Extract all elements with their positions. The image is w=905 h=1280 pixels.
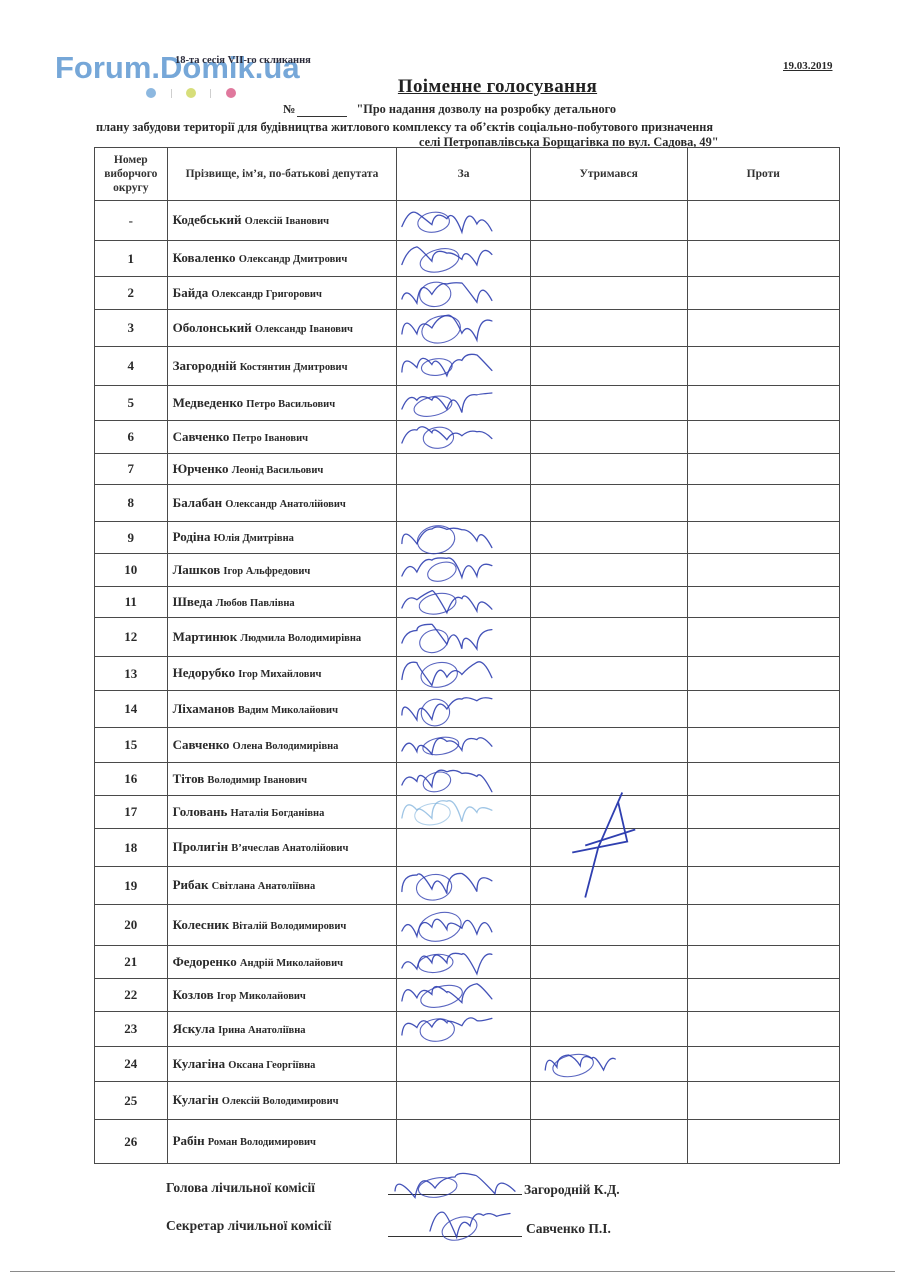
secretary-name: Савченко П.І. <box>526 1221 611 1237</box>
deputy-given-names: Ірина Анатоліївна <box>218 1025 305 1036</box>
vote-for-cell <box>397 386 530 421</box>
table-row: 25Кулагін Олексій Володимирович <box>95 1082 840 1120</box>
column-header-district: Номер виборчого округу <box>95 148 168 201</box>
vote-abstained-cell <box>530 277 687 310</box>
deputy-surname: Головань <box>173 804 228 819</box>
district-number: 19 <box>95 867 168 905</box>
table-row: 15Савченко Олена Володимирівна <box>95 728 840 763</box>
vote-abstained-cell <box>530 347 687 386</box>
document-title-text: Поіменне голосування <box>308 76 597 97</box>
deputy-given-names: Оксана Георгіївна <box>228 1060 315 1071</box>
deputy-name: Недорубко Ігор Михайлович <box>167 657 397 691</box>
deputy-name: Рабін Роман Володимирович <box>167 1120 397 1164</box>
deputy-name: Оболонський Олександр Іванович <box>167 310 397 347</box>
deputy-given-names: Олександр Анатолійович <box>225 499 346 510</box>
table-row: 16Тітов Володимир Іванович <box>95 763 840 796</box>
deputy-surname: Тітов <box>173 771 205 786</box>
vote-for-cell <box>397 728 530 763</box>
vote-abstained-cell <box>530 796 687 829</box>
vote-for-cell <box>397 347 530 386</box>
vote-abstained-cell <box>530 201 687 241</box>
table-row: 10Лашков Ігор Альфредович <box>95 554 840 587</box>
deputy-surname: Медведенко <box>173 395 244 410</box>
table-row: 7Юрченко Леонід Васильович <box>95 454 840 485</box>
vote-for-cell <box>397 241 530 277</box>
vote-for-cell <box>397 277 530 310</box>
vote-against-cell <box>687 386 839 421</box>
deputy-surname: Рибак <box>173 877 209 892</box>
vote-abstained-cell <box>530 386 687 421</box>
deputy-given-names: Петро Васильович <box>246 399 335 410</box>
deputy-name: Тітов Володимир Іванович <box>167 763 397 796</box>
deputy-given-names: Олександр Дмитрович <box>239 254 348 265</box>
secretary-label: Секретар лічильної комісії <box>166 1218 331 1234</box>
subject-line-1-text: "Про надання дозволу на розробку детальн… <box>356 102 616 116</box>
deputy-name: Яскула Ірина Анатоліївна <box>167 1012 397 1047</box>
deputy-name: Балабан Олександр Анатолійович <box>167 485 397 522</box>
table-row: 17Головань Наталія Богданівна <box>95 796 840 829</box>
vote-abstained-cell <box>530 1120 687 1164</box>
page-bottom-rule <box>10 1271 895 1272</box>
district-number: - <box>95 201 168 241</box>
vote-for-cell <box>397 905 530 946</box>
district-number: 11 <box>95 587 168 618</box>
column-header-for: За <box>397 148 530 201</box>
vote-against-cell <box>687 1120 839 1164</box>
chair-signature-line <box>388 1194 522 1195</box>
deputy-surname: Шведа <box>173 594 213 609</box>
vote-abstained-cell <box>530 657 687 691</box>
vote-against-cell <box>687 1012 839 1047</box>
vote-abstained-cell <box>530 1082 687 1120</box>
deputy-given-names: Петро Іванович <box>233 433 309 444</box>
vote-for-cell <box>397 691 530 728</box>
vote-abstained-cell <box>530 867 687 905</box>
vote-abstained-cell <box>530 829 687 867</box>
signature-stroke <box>430 1212 510 1237</box>
district-number: 10 <box>95 554 168 587</box>
vote-abstained-cell <box>530 1012 687 1047</box>
deputy-surname: Балабан <box>173 495 223 510</box>
vote-for-cell <box>397 867 530 905</box>
deputy-name: Коваленко Олександр Дмитрович <box>167 241 397 277</box>
district-number: 17 <box>95 796 168 829</box>
district-number: 2 <box>95 277 168 310</box>
deputy-given-names: Олександр Григорович <box>211 289 322 300</box>
deputy-given-names: Володимир Іванович <box>207 775 307 786</box>
vote-for-cell <box>397 587 530 618</box>
secretary-signature-line <box>388 1236 522 1237</box>
deputy-surname: Кулагін <box>173 1092 219 1107</box>
table-row: 5Медведенко Петро Васильович <box>95 386 840 421</box>
vote-for-cell <box>397 310 530 347</box>
deputy-surname: Ліхаманов <box>173 701 235 716</box>
subject-line-1: № "Про надання дозволу на розробку детал… <box>283 102 616 117</box>
column-header-abstained: Утримався <box>530 148 687 201</box>
district-number: 7 <box>95 454 168 485</box>
deputy-name: Головань Наталія Богданівна <box>167 796 397 829</box>
district-number: 23 <box>95 1012 168 1047</box>
vote-for-cell <box>397 522 530 554</box>
vote-against-cell <box>687 485 839 522</box>
vote-against-cell <box>687 421 839 454</box>
deputy-name: Шведа Любов Павлівна <box>167 587 397 618</box>
table-row: 4Загородній Костянтин Дмитрович <box>95 347 840 386</box>
district-number: 26 <box>95 1120 168 1164</box>
deputy-given-names: Андрій Миколайович <box>240 958 343 969</box>
vote-against-cell <box>687 1047 839 1082</box>
deputy-given-names: Леонід Васильович <box>232 465 324 476</box>
deputy-given-names: Ігор Миколайович <box>217 991 306 1002</box>
vote-against-cell <box>687 657 839 691</box>
subject-line-2: плану забудови території для будівництва… <box>96 120 713 135</box>
deputy-surname: Рабін <box>173 1133 205 1148</box>
deputy-name: Савченко Олена Володимирівна <box>167 728 397 763</box>
vote-against-cell <box>687 796 839 829</box>
deputy-given-names: Юлія Дмитрівна <box>214 533 294 544</box>
district-number: 16 <box>95 763 168 796</box>
vote-for-cell <box>397 657 530 691</box>
deputy-name: Ліхаманов Вадим Миколайович <box>167 691 397 728</box>
vote-for-cell <box>397 618 530 657</box>
deputy-surname: Родіна <box>173 529 211 544</box>
district-number: 24 <box>95 1047 168 1082</box>
deputy-name: Федоренко Андрій Миколайович <box>167 946 397 979</box>
deputy-name: Кулагін Олексій Володимирович <box>167 1082 397 1120</box>
district-number: 9 <box>95 522 168 554</box>
table-row: 9Родіна Юлія Дмитрівна <box>95 522 840 554</box>
vote-against-cell <box>687 347 839 386</box>
deputy-surname: Федоренко <box>173 954 237 969</box>
deputy-name: Колесник Віталій Володимирович <box>167 905 397 946</box>
district-number: 14 <box>95 691 168 728</box>
table-row: 3Оболонський Олександр Іванович <box>95 310 840 347</box>
deputy-given-names: Людмила Володимирівна <box>240 633 361 644</box>
vote-abstained-cell <box>530 1047 687 1082</box>
deputy-surname: Мартинюк <box>173 629 238 644</box>
vote-against-cell <box>687 905 839 946</box>
vote-for-cell <box>397 763 530 796</box>
deputy-name: Козлов Ігор Миколайович <box>167 979 397 1012</box>
deputy-given-names: Олександр Іванович <box>255 324 353 335</box>
number-blank <box>297 104 347 117</box>
column-header-name: Прізвище, ім’я, по-батькові депутата <box>167 148 397 201</box>
deputy-given-names: Віталій Володимирович <box>232 921 346 932</box>
chair-label: Голова лічильної комісії <box>166 1180 315 1196</box>
vote-for-cell <box>397 829 530 867</box>
deputy-given-names: Олексій Іванович <box>245 216 329 227</box>
vote-against-cell <box>687 728 839 763</box>
deputy-surname: Оболонський <box>173 320 252 335</box>
district-number: 22 <box>95 979 168 1012</box>
vote-for-cell <box>397 201 530 241</box>
vote-for-cell <box>397 1120 530 1164</box>
vote-abstained-cell <box>530 454 687 485</box>
document-date: 19.03.2019 <box>783 60 833 72</box>
deputy-name: Кулагіна Оксана Георгіївна <box>167 1047 397 1082</box>
session-label: 18-та сесія VII-го скликання <box>175 55 311 66</box>
deputy-surname: Загородній <box>173 358 237 373</box>
deputy-surname: Савченко <box>173 737 230 752</box>
vote-against-cell <box>687 587 839 618</box>
deputy-name: Родіна Юлія Дмитрівна <box>167 522 397 554</box>
vote-against-cell <box>687 691 839 728</box>
vote-abstained-cell <box>530 979 687 1012</box>
table-row: 12Мартинюк Людмила Володимирівна <box>95 618 840 657</box>
deputy-name: Загородній Костянтин Дмитрович <box>167 347 397 386</box>
vote-abstained-cell <box>530 485 687 522</box>
vote-against-cell <box>687 522 839 554</box>
deputy-given-names: Костянтин Дмитрович <box>240 362 348 373</box>
voting-table: Номер виборчого округу Прізвище, ім’я, п… <box>94 147 840 1164</box>
vote-abstained-cell <box>530 554 687 587</box>
table-row: -Кодебський Олексій Іванович <box>95 201 840 241</box>
vote-against-cell <box>687 946 839 979</box>
table-row: 6Савченко Петро Іванович <box>95 421 840 454</box>
district-number: 8 <box>95 485 168 522</box>
chair-name: Загородній К.Д. <box>524 1182 620 1198</box>
district-number: 4 <box>95 347 168 386</box>
vote-abstained-cell <box>530 728 687 763</box>
deputy-surname: Козлов <box>173 987 214 1002</box>
deputy-surname: Пролигін <box>173 839 228 854</box>
table-row: 8Балабан Олександр Анатолійович <box>95 485 840 522</box>
district-number: 12 <box>95 618 168 657</box>
vote-abstained-cell <box>530 946 687 979</box>
table-row: 2Байда Олександр Григорович <box>95 277 840 310</box>
vote-for-cell <box>397 1047 530 1082</box>
deputy-given-names: Любов Павлівна <box>216 598 295 609</box>
vote-against-cell <box>687 277 839 310</box>
vote-abstained-cell <box>530 522 687 554</box>
deputy-surname: Савченко <box>173 429 230 444</box>
vote-against-cell <box>687 867 839 905</box>
deputy-name: Медведенко Петро Васильович <box>167 386 397 421</box>
vote-against-cell <box>687 618 839 657</box>
table-row: 11Шведа Любов Павлівна <box>95 587 840 618</box>
deputy-surname: Кодебський <box>173 212 242 227</box>
vote-for-cell <box>397 485 530 522</box>
table-row: 20Колесник Віталій Володимирович <box>95 905 840 946</box>
deputy-surname: Колесник <box>173 917 230 932</box>
deputy-given-names: Наталія Богданівна <box>231 808 325 819</box>
vote-against-cell <box>687 454 839 485</box>
deputy-surname: Яскула <box>173 1021 215 1036</box>
vote-abstained-cell <box>530 241 687 277</box>
deputy-given-names: Ігор Альфредович <box>223 566 310 577</box>
district-number: 5 <box>95 386 168 421</box>
vote-against-cell <box>687 829 839 867</box>
deputy-name: Кодебський Олексій Іванович <box>167 201 397 241</box>
district-number: 20 <box>95 905 168 946</box>
table-row: 14Ліхаманов Вадим Миколайович <box>95 691 840 728</box>
vote-abstained-cell <box>530 763 687 796</box>
vote-against-cell <box>687 310 839 347</box>
vote-abstained-cell <box>530 587 687 618</box>
vote-against-cell <box>687 241 839 277</box>
deputy-surname: Байда <box>173 285 209 300</box>
vote-abstained-cell <box>530 310 687 347</box>
deputy-given-names: Вадим Миколайович <box>238 705 338 716</box>
vote-against-cell <box>687 201 839 241</box>
vote-abstained-cell <box>530 691 687 728</box>
vote-for-cell <box>397 979 530 1012</box>
vote-for-cell <box>397 946 530 979</box>
table-row: 24Кулагіна Оксана Георгіївна <box>95 1047 840 1082</box>
vote-for-cell <box>397 454 530 485</box>
vote-abstained-cell <box>530 421 687 454</box>
district-number: 21 <box>95 946 168 979</box>
table-row: 1Коваленко Олександр Дмитрович <box>95 241 840 277</box>
deputy-given-names: Ігор Михайлович <box>238 669 321 680</box>
district-number: 3 <box>95 310 168 347</box>
district-number: 18 <box>95 829 168 867</box>
table-row: 18Пролигін В’ячеслав Анатолійович <box>95 829 840 867</box>
deputy-surname: Коваленко <box>173 250 236 265</box>
deputy-name: Юрченко Леонід Васильович <box>167 454 397 485</box>
deputy-given-names: Роман Володимирович <box>208 1137 316 1148</box>
vote-against-cell <box>687 979 839 1012</box>
table-row: 23Яскула Ірина Анатоліївна <box>95 1012 840 1047</box>
vote-for-cell <box>397 1012 530 1047</box>
vote-against-cell <box>687 1082 839 1120</box>
district-number: 25 <box>95 1082 168 1120</box>
vote-against-cell <box>687 554 839 587</box>
district-number: 15 <box>95 728 168 763</box>
deputy-name: Мартинюк Людмила Володимирівна <box>167 618 397 657</box>
deputy-surname: Недорубко <box>173 665 236 680</box>
deputy-given-names: В’ячеслав Анатолійович <box>231 843 348 854</box>
deputy-name: Лашков Ігор Альфредович <box>167 554 397 587</box>
deputy-name: Рибак Світлана Анатоліївна <box>167 867 397 905</box>
table-header-row: Номер виборчого округу Прізвище, ім’я, п… <box>95 148 840 201</box>
document-title: Поіменне голосування <box>0 76 905 98</box>
vote-abstained-cell <box>530 618 687 657</box>
vote-for-cell <box>397 554 530 587</box>
district-number: 1 <box>95 241 168 277</box>
table-row: 19Рибак Світлана Анатоліївна <box>95 867 840 905</box>
column-header-against: Проти <box>687 148 839 201</box>
table-row: 22Козлов Ігор Миколайович <box>95 979 840 1012</box>
number-label: № <box>283 102 295 116</box>
vote-against-cell <box>687 763 839 796</box>
deputy-given-names: Олена Володимирівна <box>233 741 339 752</box>
district-number: 6 <box>95 421 168 454</box>
vote-for-cell <box>397 1082 530 1120</box>
deputy-given-names: Олексій Володимирович <box>222 1096 339 1107</box>
deputy-given-names: Світлана Анатоліївна <box>212 881 316 892</box>
deputy-name: Пролигін В’ячеслав Анатолійович <box>167 829 397 867</box>
vote-abstained-cell <box>530 905 687 946</box>
deputy-name: Байда Олександр Григорович <box>167 277 397 310</box>
vote-for-cell <box>397 796 530 829</box>
deputy-surname: Кулагіна <box>173 1056 226 1071</box>
district-number: 13 <box>95 657 168 691</box>
table-row: 26Рабін Роман Володимирович <box>95 1120 840 1164</box>
table-row: 13Недорубко Ігор Михайлович <box>95 657 840 691</box>
vote-for-cell <box>397 421 530 454</box>
table-row: 21Федоренко Андрій Миколайович <box>95 946 840 979</box>
deputy-surname: Лашков <box>173 562 221 577</box>
deputy-name: Савченко Петро Іванович <box>167 421 397 454</box>
deputy-surname: Юрченко <box>173 461 229 476</box>
